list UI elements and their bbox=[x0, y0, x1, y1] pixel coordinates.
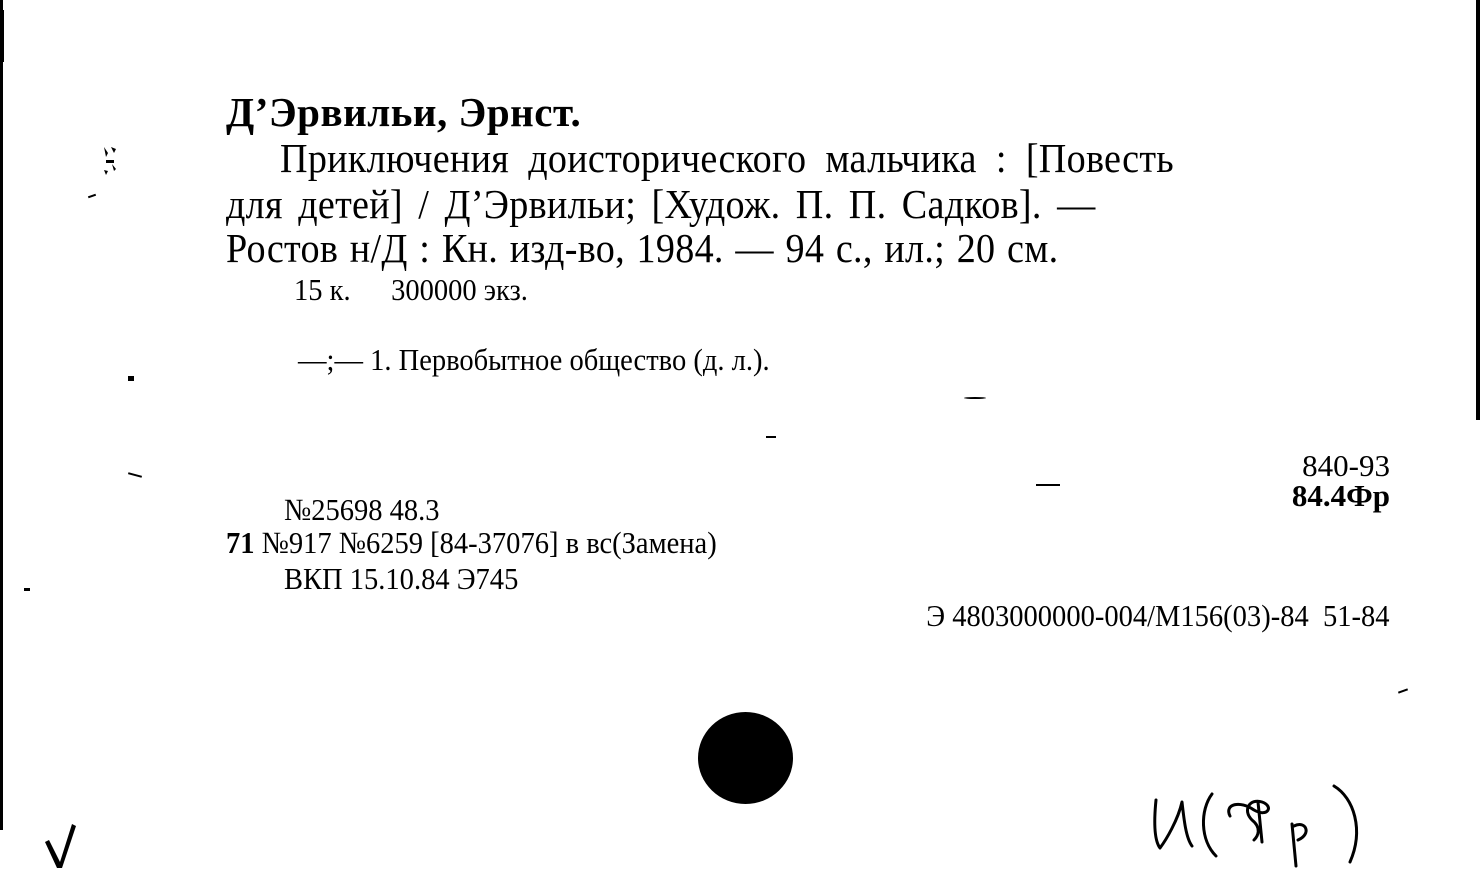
scan-speck bbox=[1398, 688, 1408, 693]
registration-details: №917 №6259 [84-37076] в вс(Замена) bbox=[262, 525, 717, 560]
card-left-edge-mark bbox=[0, 10, 4, 62]
scan-speck bbox=[1036, 484, 1060, 486]
price-line: 15 к.300000 экз. bbox=[294, 272, 528, 308]
scan-speck bbox=[964, 397, 986, 399]
scan-speck bbox=[766, 436, 776, 438]
registration-line-2: 71 №917 №6259 [84-37076] в вс(Замена) bbox=[226, 525, 717, 561]
subject-heading: —;— 1. Первобытное общество (д. л.). bbox=[298, 342, 770, 378]
scan-speck bbox=[128, 376, 134, 381]
price: 15 к. bbox=[294, 272, 351, 307]
checkmark-icon bbox=[42, 822, 82, 870]
author-heading: Д’Эрвильи, Эрнст. bbox=[226, 88, 581, 136]
catalog-card: Д’Эрвильи, Эрнст. Приключения доисториче… bbox=[0, 0, 1480, 888]
handwritten-note-icon bbox=[1150, 780, 1390, 870]
margin-smudge-icon bbox=[100, 145, 124, 183]
scan-speck bbox=[128, 472, 142, 478]
title-line-1: Приключения доисторического мальчика : [… bbox=[280, 134, 1174, 182]
scan-speck bbox=[88, 194, 96, 199]
bbk-number: 84.4Фр bbox=[1292, 478, 1390, 514]
scan-speck bbox=[24, 588, 30, 591]
title-line-2: для детей] / Д’Эрвильи; [Худож. П. П. Са… bbox=[226, 180, 1095, 228]
imprint-line: Ростов н/Д : Кн. изд-во, 1984. — 94 с., … bbox=[226, 224, 1058, 272]
registration-lead-number: 71 bbox=[226, 525, 255, 560]
punch-hole bbox=[698, 712, 793, 804]
publisher-code-line: Э 4803000000-004/М156(03)-84 51-84 bbox=[927, 598, 1390, 634]
print-run: 300000 экз. bbox=[391, 272, 528, 307]
registration-line-3: ВКП 15.10.84 Э745 bbox=[284, 561, 518, 597]
registration-line-1: №25698 48.3 bbox=[284, 492, 440, 528]
card-left-edge bbox=[0, 0, 3, 830]
